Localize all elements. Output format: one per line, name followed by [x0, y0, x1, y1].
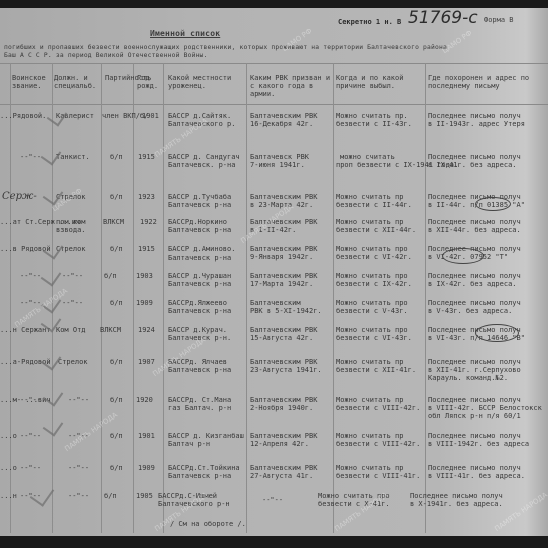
- birthplace-line-2: Балтачевск р-на: [168, 472, 231, 480]
- when-line-2: безвести с XII-41г.: [336, 366, 416, 374]
- birthplace-line-1: БАССР д. Сандугач: [168, 153, 240, 161]
- burial-line-2: в XII-41г. г.Серпухово Карауль. команд.№…: [428, 366, 546, 382]
- checkmark-icon: [41, 349, 62, 370]
- burial-line-2: в IX-41г. без адреса.: [428, 161, 517, 169]
- when-line-2: безвести с VI-43г.: [336, 334, 412, 342]
- party-cell: б/п: [110, 464, 123, 472]
- party-cell: б/п: [110, 299, 123, 307]
- burial-line-1: Последнее письмо получ: [428, 112, 521, 120]
- party-cell: б/п: [110, 358, 123, 366]
- column-divider: [246, 63, 247, 533]
- draft-line-2: 2-Ноября 1940г.: [250, 404, 313, 412]
- position-cell: --"--: [68, 464, 89, 472]
- checkmark-icon: [41, 265, 62, 286]
- when-line-2: безвести с IX-42г.: [336, 280, 412, 288]
- when-line-1: Можно считать пр: [336, 193, 403, 201]
- table-top-border: [0, 63, 548, 64]
- birth-year-cell: 1915: [138, 153, 155, 161]
- draft-line-2: 17-Марта 1942г.: [250, 280, 313, 288]
- draft-line-1: Балтачевским РВК: [250, 112, 317, 120]
- position-cell: Ком Отд: [56, 326, 86, 334]
- rank-cell: --"--: [20, 464, 41, 472]
- burial-line-2: в V-43г. без адреса.: [428, 307, 512, 315]
- birth-year-cell: 1915: [138, 245, 155, 253]
- column-header-when-why: Когда и по какой причине выбыл.: [336, 74, 424, 90]
- birthplace-line-1: БАССР д. Кизганбаш: [168, 432, 244, 440]
- column-header-birth-year: Год рожд.: [137, 74, 163, 90]
- checkmark-icon: [43, 415, 64, 436]
- when-line-2: безвести с XII-44г.: [336, 226, 416, 234]
- scan-top-border: [0, 0, 548, 8]
- birthplace-line-2: газ Балтач. р-н: [168, 404, 231, 412]
- form-label: Форма В: [484, 16, 514, 24]
- column-divider: [425, 63, 426, 533]
- column-divider: [333, 63, 334, 533]
- footer-note: / См на обороте /.: [170, 520, 246, 528]
- when-line-2: безвести с VIII-42г.: [336, 404, 420, 412]
- burial-line-1: Последнее письмо получ: [410, 492, 503, 500]
- draft-line-1: Балтачевским: [250, 299, 301, 307]
- birth-year-cell: 1920: [136, 396, 153, 404]
- birth-year-cell: 1922: [140, 218, 157, 226]
- handwritten-rank: Серж-: [2, 193, 37, 201]
- birth-year-cell: 1901: [142, 112, 159, 120]
- when-line-1: Можно считать пр: [336, 464, 403, 472]
- birth-year-cell: 1909: [136, 299, 153, 307]
- birthplace-line-2: Балтач р-н: [168, 440, 210, 448]
- burial-line-1: Последнее письмо получ: [428, 218, 521, 226]
- birthplace-line-2: Балтачевск р-на: [168, 307, 231, 315]
- circled-field-post-number: [475, 324, 519, 342]
- archive-number: 51769-с: [408, 8, 478, 28]
- when-line-2: безвести с VIII-42г.: [336, 440, 420, 448]
- party-cell: б/п: [110, 396, 123, 404]
- document-title: Именной список: [150, 30, 220, 38]
- rank-cell: --"--: [20, 272, 41, 280]
- party-cell: б/п: [104, 492, 117, 500]
- column-header-position: Должн. и специальб.: [54, 74, 100, 90]
- birthplace-line-1: БАССР д.Тучбаба: [168, 193, 231, 201]
- draft-line-2: 7-июня 1941г.: [250, 161, 305, 169]
- party-cell: б/п: [104, 272, 117, 280]
- position-cell: --"--: [62, 299, 83, 307]
- when-line-1: Можно считать про: [336, 245, 408, 253]
- burial-line-2: в IX-42г. без адреса.: [428, 280, 517, 288]
- birth-year-cell: 1923: [138, 193, 155, 201]
- subtitle-line-2: Баш А С С Р. за период Великой Отечестве…: [4, 52, 208, 60]
- birth-year-cell: 1907: [138, 358, 155, 366]
- burial-line-1: Последнее письмо получ: [428, 432, 521, 440]
- draft-line-1: Балтачевским РВК: [250, 464, 317, 472]
- column-header-burial: Где похоронен и адрес по последнему пись…: [428, 74, 546, 90]
- burial-line-1: Последнее письмо получ: [428, 153, 521, 161]
- when-line-1: Можно считать про: [336, 299, 408, 307]
- rank-cell: --"--: [20, 153, 41, 161]
- birthplace-line-2: Балтачевск р-на: [168, 226, 231, 234]
- circled-field-post-number: [475, 197, 511, 211]
- when-line-1: Можно считать пр: [336, 396, 403, 404]
- secret-stamp: Секретно 1 н. В: [338, 18, 414, 28]
- birthplace-line-1: БАССР д.Аминово.: [168, 245, 235, 253]
- burial-line-1: Последнее письмо получ: [428, 464, 521, 472]
- draft-line-2: 12-Апреля 42г.: [250, 440, 309, 448]
- party-cell: ВЛКСМ: [100, 326, 121, 334]
- birthplace-line-1: БАССР д.Курач.: [168, 326, 227, 334]
- column-divider: [133, 63, 134, 533]
- when-line-1: Можно считать пр: [336, 432, 403, 440]
- circled-field-post-number: [442, 248, 484, 264]
- position-cell: Стрелок: [58, 358, 88, 366]
- name-cell: ...о: [0, 432, 17, 440]
- birth-year-cell: 1905: [136, 492, 153, 500]
- name-cell: ...н: [0, 492, 17, 500]
- draft-line-1: Балтачевским РВК: [250, 396, 317, 404]
- position-cell: пом ком взвода.: [56, 218, 100, 234]
- burial-line-2: в XII-44г. без адреса.: [428, 226, 521, 234]
- when-line-2: безвести с II-44г.: [336, 201, 412, 209]
- draft-line-1: --"--: [262, 496, 283, 504]
- burial-line-1: Последнее письмо получ: [428, 396, 521, 404]
- birthplace-line-1: БАССРд.Норкино: [168, 218, 227, 226]
- birthplace-line-1: БАССРд.Ст.Тойкина: [168, 464, 240, 472]
- draft-line-2: 9-Января 1942г.: [250, 253, 313, 261]
- party-cell: б/п: [110, 193, 123, 201]
- draft-line-2: 23-Августа 1941г.: [250, 366, 322, 374]
- when-line-1: Можно считать про: [336, 272, 408, 280]
- burial-line-2: в VIII-42г. БССР Белостокск обл Ляпск р-…: [428, 404, 546, 420]
- name-cell: ...о: [0, 464, 17, 472]
- document-sheet: 51769-с Секретно 1 н. В Форма В Именной …: [0, 8, 548, 536]
- checkmark-icon: [47, 105, 68, 126]
- burial-line-1: Последнее письмо получ: [428, 358, 546, 366]
- draft-line-1: Балтачевск РВК: [250, 153, 309, 161]
- birth-year-cell: 1901: [138, 432, 155, 440]
- birthplace-line-1: БАССРд.Ялжеево: [168, 299, 227, 307]
- birth-year-cell: 1924: [138, 326, 155, 334]
- burial-line-1: Последнее письмо получ: [428, 299, 521, 307]
- checkmark-icon: [43, 238, 64, 259]
- rank-cell: --"--: [20, 432, 41, 440]
- position-cell: --"--: [68, 492, 89, 500]
- birthplace-line-2: Балтачевск. р-на: [168, 161, 235, 169]
- when-line-1: Можно считать про: [336, 326, 408, 334]
- draft-line-2: РВК в 5-XI-1942г.: [250, 307, 322, 315]
- burial-line-2: в VIII-1942г. без адреса: [428, 440, 529, 448]
- draft-line-2: 15-Августа 42г.: [250, 334, 313, 342]
- birthplace-line-1: БАССРд. Ст.Мана: [168, 396, 231, 404]
- position-cell: --"--: [68, 396, 89, 404]
- draft-line-1: Балтачевским РВК: [250, 358, 317, 366]
- column-header-birthplace: Какой местности уроженец.: [168, 74, 246, 90]
- when-line-2: безвести с VI-42г.: [336, 253, 412, 261]
- birthplace-line-2: Балтачевск р-на: [168, 366, 231, 374]
- party-cell: б/п: [110, 153, 123, 161]
- birthplace-line-2: Балтачевск р-на: [168, 254, 231, 262]
- position-cell: Танкист.: [56, 153, 90, 161]
- watermark: ЦАМО РФ: [441, 29, 474, 55]
- rank-cell: --"--: [20, 396, 41, 404]
- when-line-1: Можно считать пр.: [336, 112, 408, 120]
- checkmark-icon: [30, 481, 55, 507]
- birth-year-cell: 1909: [138, 464, 155, 472]
- subtitle-line-1: погибших и пропавших безвести военнослуж…: [4, 44, 447, 52]
- birthplace-line-2: Балтачевск р-на: [168, 280, 231, 288]
- column-header-draft-office: Каким РВК призван и с какого года в арми…: [250, 74, 332, 98]
- when-line-2: безвести с VIII-41г.: [336, 472, 420, 480]
- burial-line-2: в X-1941г. без адреса.: [410, 500, 503, 508]
- table-header-bottom-border: [0, 104, 548, 105]
- checkmark-icon: [41, 144, 62, 165]
- name-cell: ...Рядовой.: [0, 112, 46, 120]
- when-line-1: можно считать: [340, 153, 395, 161]
- burial-line-1: Последнее письмо получ: [428, 272, 521, 280]
- when-line-2: безвести с II-43г.: [336, 120, 412, 128]
- draft-line-2: 27-Августа 41г.: [250, 472, 313, 480]
- position-cell: --"--: [62, 272, 83, 280]
- draft-line-1: Балтачевским РВК: [250, 326, 317, 334]
- when-line-2: безвести с V-43г.: [336, 307, 408, 315]
- draft-line-1: Балтачевским РВК: [250, 245, 317, 253]
- birth-year-cell: 1903: [136, 272, 153, 280]
- draft-line-1: Балтачевским РВК: [250, 272, 317, 280]
- name-cell: ...н Сержант: [0, 326, 51, 334]
- burial-line-2: в VIII-41г. без адреса.: [428, 472, 525, 480]
- when-line-1: Можно считать пр: [336, 358, 403, 366]
- draft-line-1: Балтачевским РВК: [250, 432, 317, 440]
- when-line-1: Можно считать пр: [336, 218, 403, 226]
- column-divider: [163, 63, 164, 533]
- burial-line-2: в II-1943г. адрес Утеря: [428, 120, 525, 128]
- birthplace-line-2: Балтачевск р-на: [168, 201, 231, 209]
- column-divider: [10, 63, 11, 533]
- party-cell: ВЛКСМ: [103, 218, 124, 226]
- column-header-rank: Воинское звание.: [12, 74, 52, 90]
- draft-line-2: 16-Декабря 42г.: [250, 120, 313, 128]
- party-cell: б/п: [110, 245, 123, 253]
- birthplace-line-1: БАССР д.Чурашан: [168, 272, 231, 280]
- column-header-party: Партийность: [105, 74, 133, 82]
- draft-line-1: Балтачевским РВК: [250, 193, 317, 201]
- scan-bottom-border: [0, 536, 548, 548]
- party-cell: б/п: [110, 432, 123, 440]
- column-divider: [101, 63, 102, 533]
